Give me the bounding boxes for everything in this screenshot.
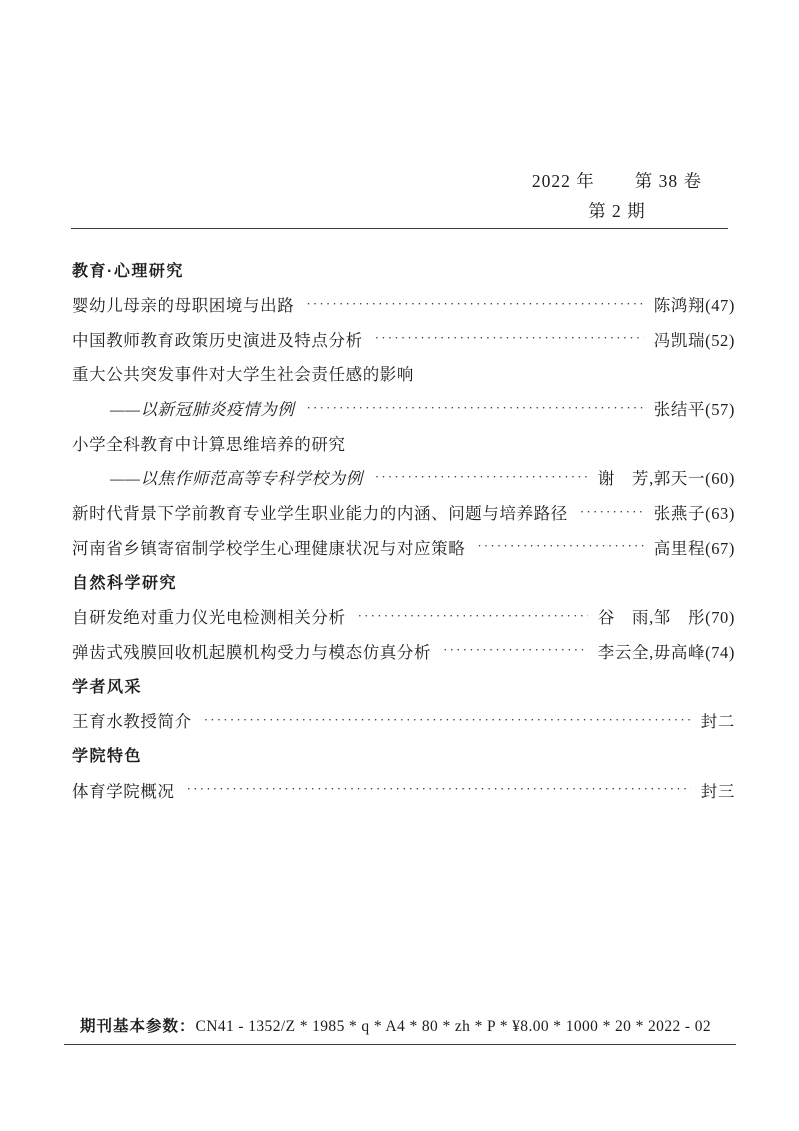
toc-entry-subtitle: ——以焦作师范高等专科学校为例 [110,465,363,489]
toc-entry-title: 婴幼儿母亲的母职困境与出路 [72,292,294,316]
toc-entry: 小学全科教育中计算思维培养的研究 [72,425,735,460]
toc-entry-ref: 冯凯瑞(52) [654,327,735,351]
section-header: 学者风采 [72,668,735,703]
dot-leader: ········································… [358,609,588,622]
toc-entry: 河南省乡镇寄宿制学校学生心理健康状况与对应策略 ················… [72,530,735,565]
toc-entry-ref: 高里程(67) [654,535,735,559]
toc-entry-ref: 张结平(57) [654,396,735,420]
toc-entry-ref: 谷 雨,邹 彤(70) [598,604,735,628]
dot-leader: ········································… [580,505,644,518]
dot-leader: ········································… [204,713,691,726]
toc-entry-title: 重大公共突发事件对大学生社会责任感的影响 [72,361,414,385]
dot-leader: ········································… [477,539,643,552]
toc-entry: 弹齿式残膜回收机起膜机构受力与模态仿真分析 ··················… [72,634,735,669]
toc-entry: 重大公共突发事件对大学生社会责任感的影响 [72,356,735,391]
toc-entry-title: 自研发绝对重力仪光电检测相关分析 [72,604,346,628]
toc-entry-title: 新时代背景下学前教育专业学生职业能力的内涵、问题与培养路径 [72,500,568,524]
toc-entry-ref: 陈鸿翔(47) [654,292,735,316]
issue-header-line1: 2022 年第 38 卷 [532,166,702,196]
issue-year: 2022 年 [532,171,595,191]
issue-header: 2022 年第 38 卷 第 2 期 [532,166,702,226]
issue-volume: 第 38 卷 [635,171,702,191]
toc-entry-ref: 谢 芳,郭天一(60) [598,465,735,489]
toc-entry-title: 体育学院概况 [72,778,175,802]
section-header: 教育·心理研究 [72,252,735,287]
toc-entry-ref: 封二 [701,708,735,732]
toc-entry: 婴幼儿母亲的母职困境与出路 ··························… [72,287,735,322]
toc-entry-subtitle: ——以新冠肺炎疫情为例 [110,396,294,420]
dot-leader: ········································… [306,401,643,414]
section-header: 学院特色 [72,738,735,773]
journal-parameters-label: 期刊基本参数： [72,1018,196,1035]
journal-parameters: 期刊基本参数：CN41 - 1352/Z * 1985 * q * A4 * 8… [72,1016,735,1038]
toc-entry: 中国教师教育政策历史演进及特点分析 ······················… [72,321,735,356]
toc-entry-subtitle-row: ——以新冠肺炎疫情为例 ····························… [72,391,735,426]
toc-entry: 体育学院概况 ·································… [72,772,735,807]
journal-parameters-value: CN41 - 1352/Z * 1985 * q * A4 * 80 * zh … [196,1018,712,1035]
dot-leader: ········································… [187,782,691,795]
toc-entry-ref: 张燕子(63) [654,500,735,524]
section-header: 自然科学研究 [72,564,735,599]
toc-entry-ref: 李云全,毋高峰(74) [598,639,735,663]
table-of-contents: 教育·心理研究 婴幼儿母亲的母职困境与出路 ··················… [72,252,735,807]
toc-entry-subtitle-row: ——以焦作师范高等专科学校为例 ························… [72,460,735,495]
footer-rule [64,1044,736,1045]
issue-number: 第 2 期 [532,196,702,226]
dot-leader: ········································… [443,643,588,656]
journal-toc-page: 2022 年第 38 卷 第 2 期 教育·心理研究 婴幼儿母亲的母职困境与出路… [0,0,799,1131]
toc-entry: 自研发绝对重力仪光电检测相关分析 ·······················… [72,599,735,634]
dot-leader: ········································… [375,331,644,344]
toc-entry-title: 河南省乡镇寄宿制学校学生心理健康状况与对应策略 [72,535,465,559]
toc-entry: 新时代背景下学前教育专业学生职业能力的内涵、问题与培养路径 ··········… [72,495,735,530]
toc-entry-title: 王育水教授简介 [72,708,192,732]
toc-entry-ref: 封三 [701,778,735,802]
toc-entry-title: 弹齿式残膜回收机起膜机构受力与模态仿真分析 [72,639,431,663]
dot-leader: ········································… [306,297,643,310]
toc-entry-title: 小学全科教育中计算思维培养的研究 [72,431,346,455]
header-rule [71,228,728,229]
dot-leader: ········································… [375,470,588,483]
toc-entry: 王育水教授简介 ································… [72,703,735,738]
toc-entry-title: 中国教师教育政策历史演进及特点分析 [72,327,363,351]
